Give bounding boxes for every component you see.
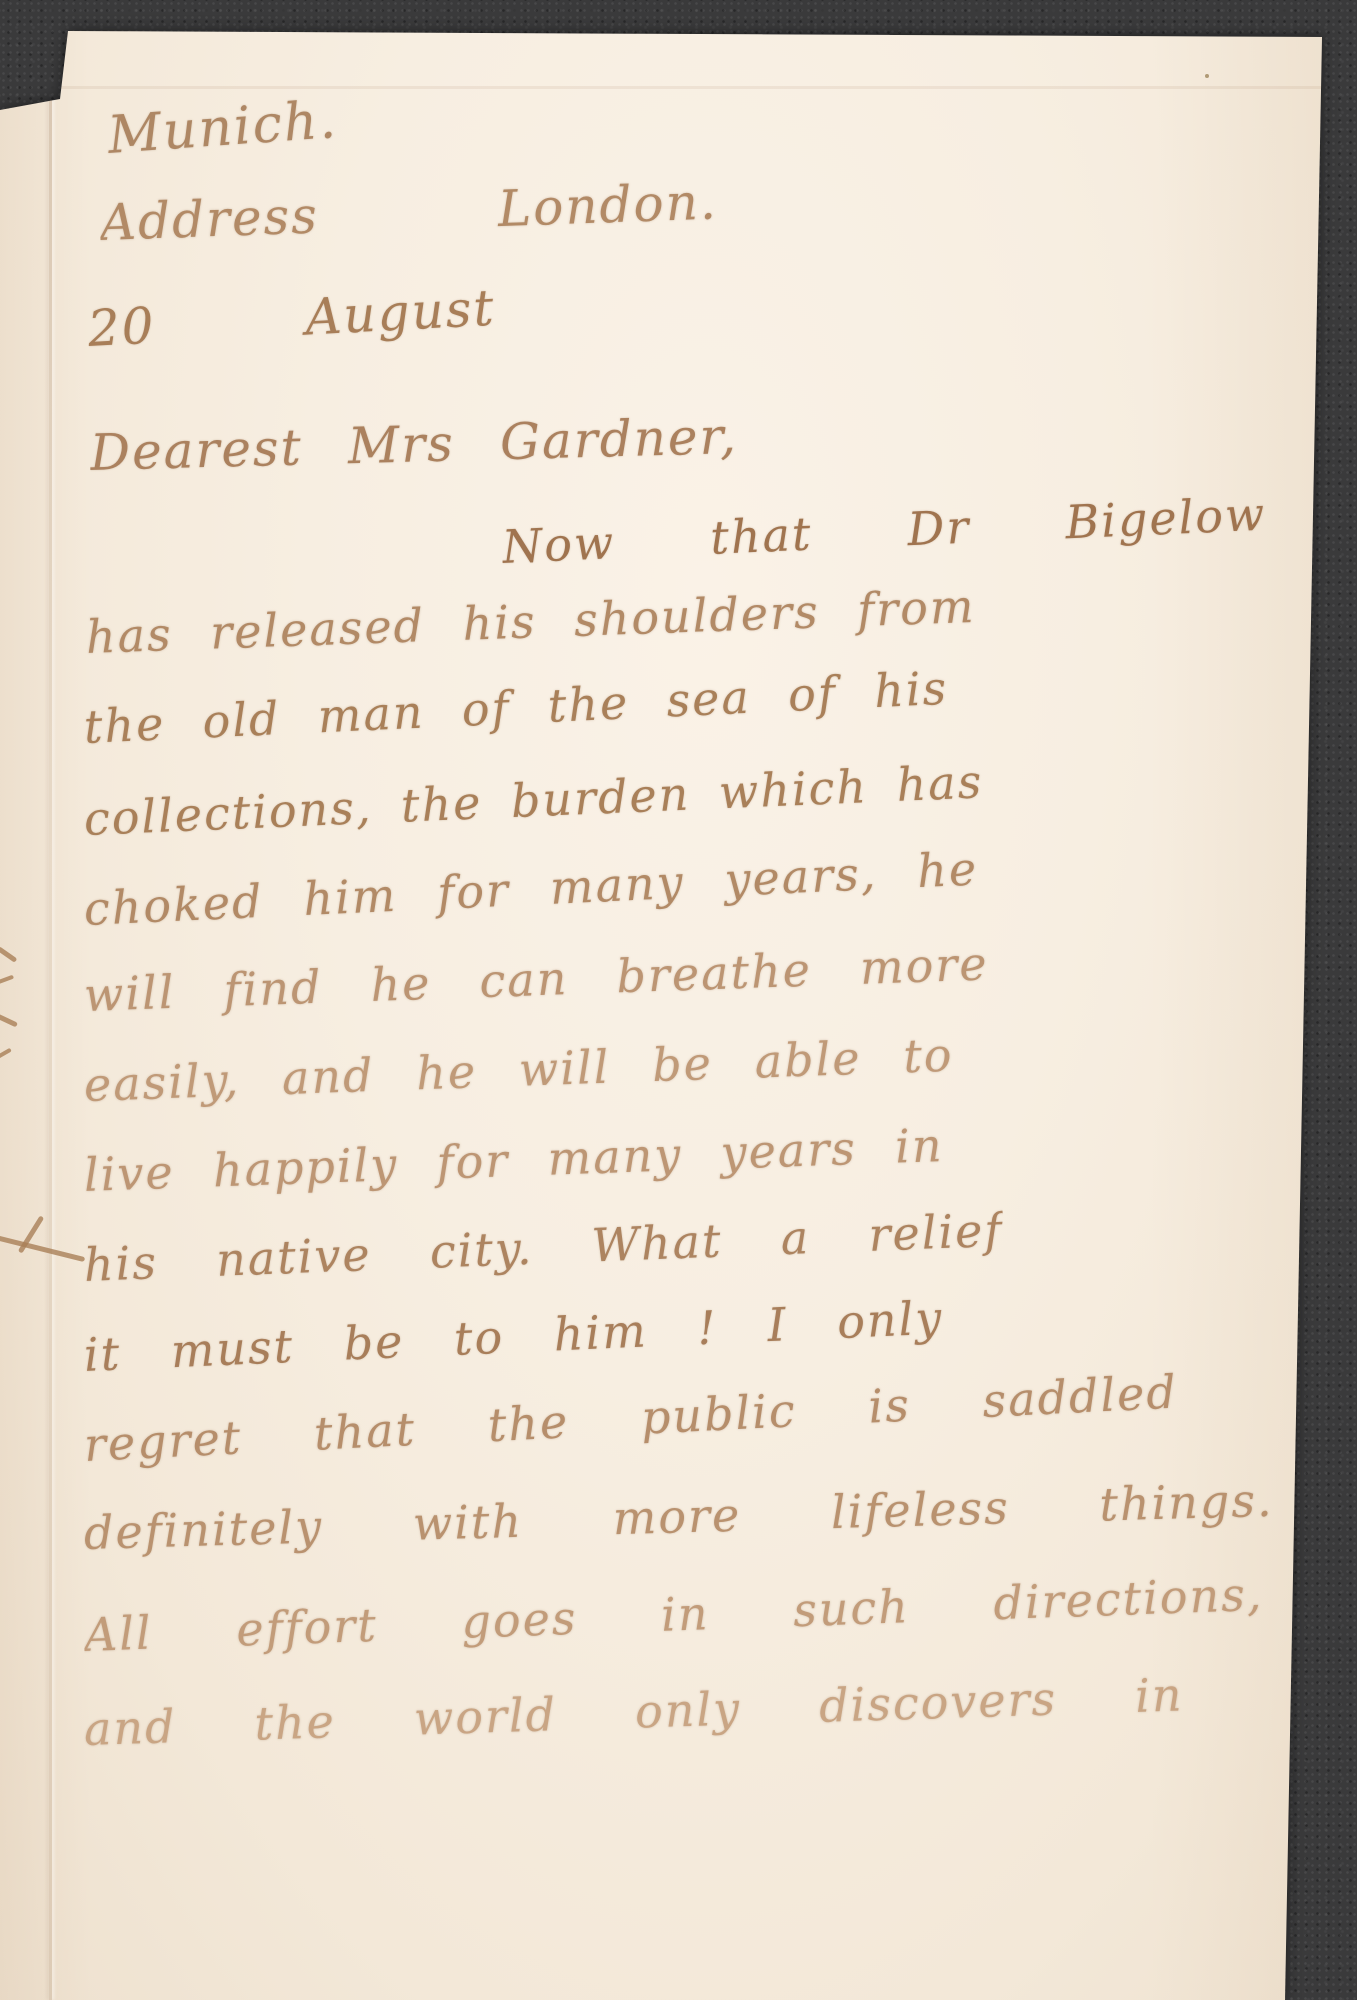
horizontal-crease [0,86,1330,89]
body-line-9: his native city. What a relief [83,1203,1005,1296]
paper-speck [1205,74,1209,78]
cutoff-ink-stroke [0,946,17,963]
letter-paper: Munich. Address London. 20 August 1911. … [0,0,1357,2000]
place-line: Munich. [106,90,340,166]
body-line-10: it must be to him ! I only [83,1291,945,1386]
paper-shadow: Munich. Address London. 20 August 1911. … [0,0,1357,2000]
body-line-2: has released his shoulders from [85,579,976,668]
body-line-14: and the world only discovers in [83,1667,1184,1759]
cutoff-ink-stroke [0,1014,18,1028]
cutoff-ink-stroke [0,1235,85,1262]
cutoff-ink-stroke [0,1048,12,1060]
date-line: 20 August 1911. [86,279,497,363]
cutoff-ink-stroke [0,975,14,986]
body-line-11: regret that the public is saddled [83,1365,1180,1476]
address-line: Address London. [99,172,719,256]
body-line-5: choked him for many years, he [83,841,980,939]
body-line-7: easily, and he will be able to [83,1028,954,1116]
body-line-12: definitely with more lifeless things. [83,1473,1274,1564]
body-line-6: will find he can breathe more [83,936,989,1025]
page-fold-crease [49,99,52,2000]
body-line-4: collections, the burden which has [83,754,985,849]
body-line-1: Now that Dr Bigelow [501,487,1268,578]
letter-scan: Munich. Address London. 20 August 1911. … [0,0,1357,2000]
salutation-line: Dearest Mrs Gardner, [89,407,738,486]
body-line-8: live happily for many years in [83,1118,944,1205]
body-line-3: the old man of the sea of his [83,661,950,758]
body-line-13: All effort goes in such directions, [83,1567,1264,1666]
